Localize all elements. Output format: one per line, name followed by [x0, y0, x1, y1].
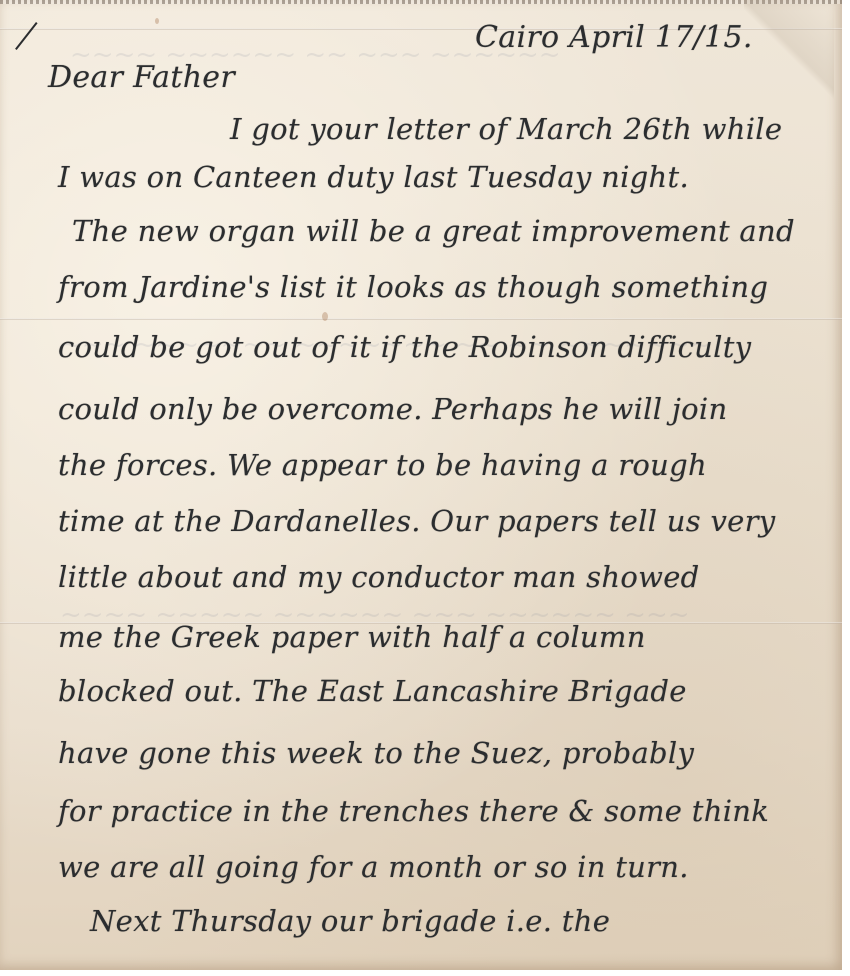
- letter-line: time at the Dardanelles. Our papers tell…: [58, 504, 775, 538]
- letter-line: have gone this week to the Suez, probabl…: [58, 736, 694, 770]
- letter-line: The new organ will be a great improvemen…: [72, 214, 795, 248]
- letter-line: we are all going for a month or so in tu…: [58, 850, 689, 884]
- letter-line: me the Greek paper with half a column: [58, 620, 646, 654]
- paper-stain: [155, 18, 159, 24]
- letter-line: could be got out of it if the Robinson d…: [58, 330, 751, 364]
- perforated-edge: [0, 0, 842, 4]
- letter-line: I got your letter of March 26th while: [230, 112, 782, 146]
- fold-crease: [0, 318, 842, 320]
- letter-paper: ~~~~ ~~~~~~ ~~ ~~~ ~~~~~~ ~~~ ~~~~~~~ ~~…: [0, 0, 842, 970]
- letter-line: the forces. We appear to be having a rou…: [58, 448, 707, 482]
- letter-line: little about and my conductor man showed: [58, 560, 700, 594]
- letter-line: for practice in the trenches there & som…: [58, 794, 769, 828]
- letter-line: could only be overcome. Perhaps he will …: [58, 392, 727, 426]
- paper-stain: [322, 312, 328, 321]
- folded-corner: [744, 0, 834, 110]
- letter-line: from Jardine's list it looks as though s…: [58, 270, 768, 304]
- letter-line: I was on Canteen duty last Tuesday night…: [58, 160, 689, 194]
- letter-salutation: Dear Father: [48, 60, 235, 95]
- letter-line: blocked out. The East Lancashire Brigade: [58, 674, 687, 708]
- letter-dateline: Cairo April 17/15.: [475, 20, 753, 55]
- letter-line: Next Thursday our brigade i.e. the: [90, 904, 610, 938]
- page-number-mark: [15, 22, 38, 50]
